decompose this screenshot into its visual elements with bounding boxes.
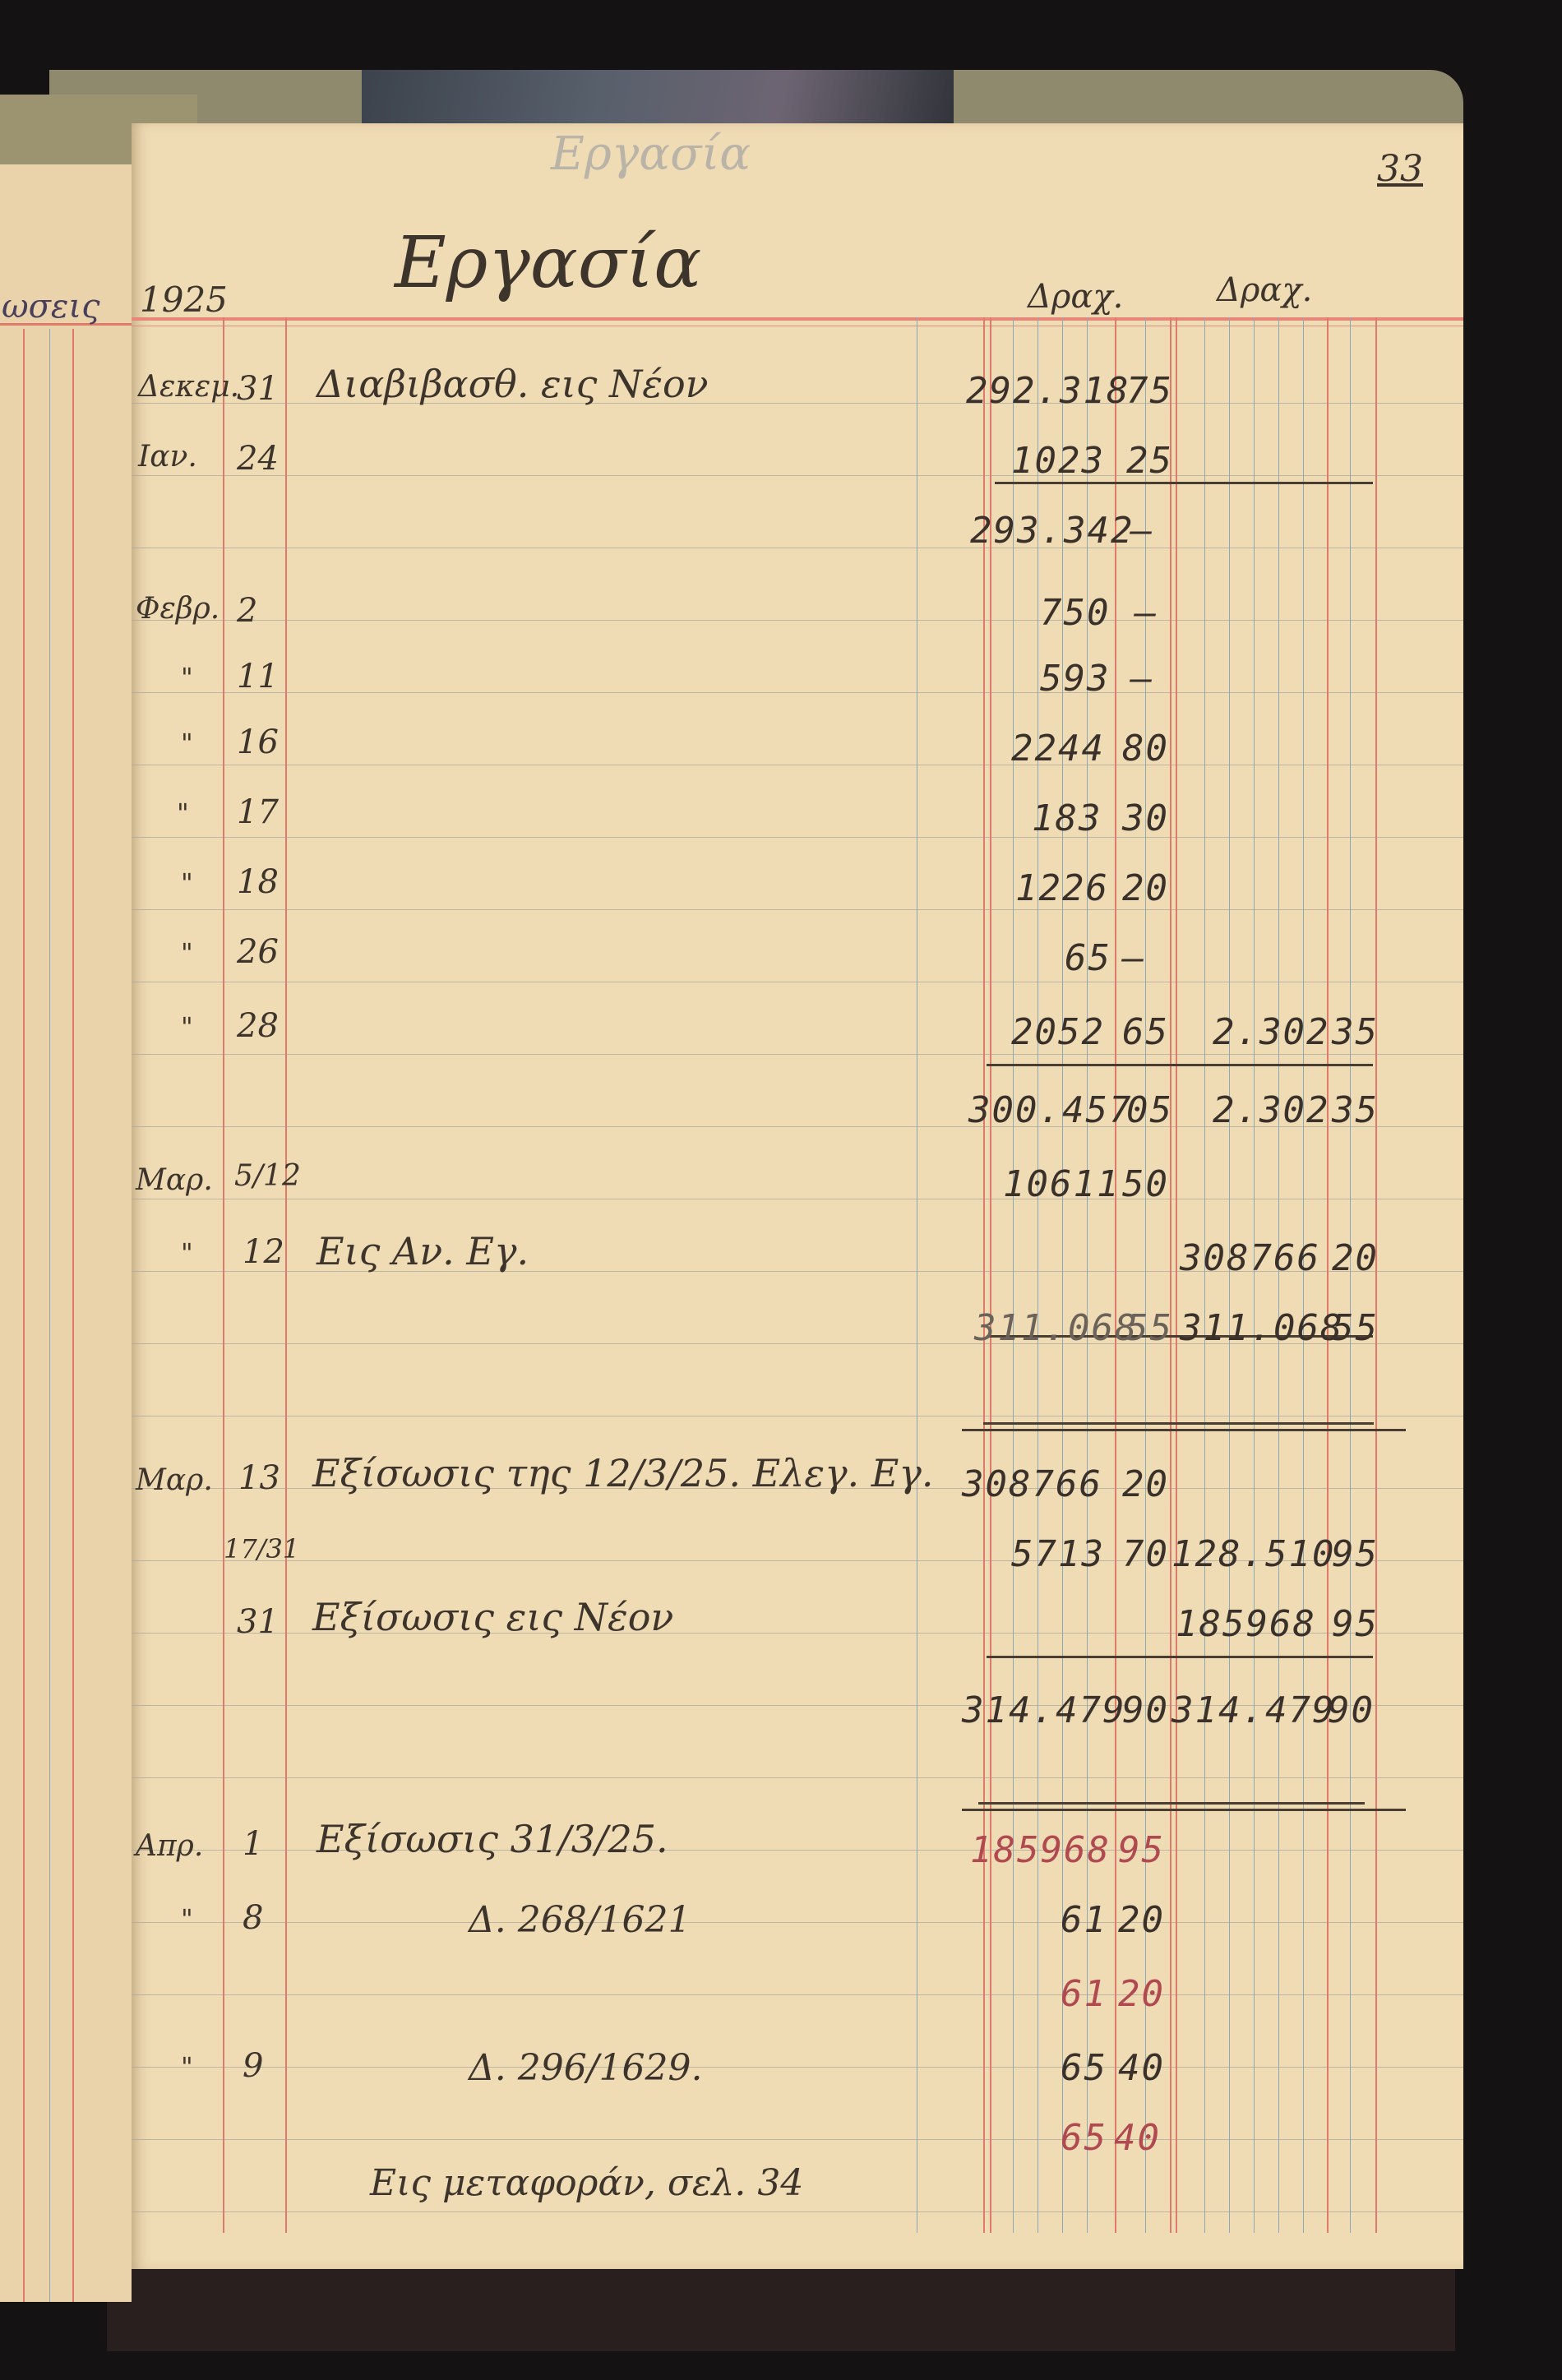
entry-description: Διαβιβασθ. εις Νέον xyxy=(317,362,709,406)
credit-cents: 90 xyxy=(1328,1689,1375,1731)
ruling-line xyxy=(132,548,1463,548)
entry-day: 17/31 xyxy=(224,1533,299,1564)
year-label: 1925 xyxy=(140,280,228,320)
pencil-heading: Εργασία xyxy=(551,127,751,181)
entry-description: Δ. 268/1621 xyxy=(469,1899,691,1941)
ruling-line xyxy=(132,1054,1463,1055)
credit-cents: 35 xyxy=(1332,1011,1379,1053)
debit-amount: 2244 xyxy=(1011,728,1105,769)
entry-day: 17 xyxy=(237,793,279,831)
debit-amount: 300.457 xyxy=(968,1089,1132,1131)
credit-amount: 185968 xyxy=(1176,1603,1316,1645)
debit-amount: 1226 xyxy=(1015,867,1109,909)
ruling-line xyxy=(132,475,1463,476)
debit-cents: 20 xyxy=(1118,1899,1165,1941)
debit-amount: 65 xyxy=(1065,937,1111,979)
debit-cents: 40 xyxy=(1114,2117,1161,2159)
entry-day: 1 xyxy=(243,1825,263,1863)
credit-cents: 20 xyxy=(1332,1237,1379,1279)
book-cover-bottom xyxy=(107,2269,1455,2351)
entry-day: 31 xyxy=(237,370,279,408)
entry-day: 31 xyxy=(237,1603,279,1641)
debit-amount: 292.318 xyxy=(966,370,1130,412)
credit-amount: 311.068 xyxy=(1180,1307,1343,1349)
entry-month: " xyxy=(181,662,193,693)
entry-day: 5/12 xyxy=(234,1159,301,1193)
ruling-line xyxy=(132,2211,1463,2212)
ruling-line xyxy=(132,1199,1463,1199)
debit-amount: 183 xyxy=(1032,797,1102,839)
debit-cents: 90 xyxy=(1122,1689,1169,1731)
ruling-line xyxy=(132,1922,1463,1923)
ruling-line xyxy=(132,692,1463,693)
credit-cents: 55 xyxy=(1332,1307,1379,1349)
entry-day: 8 xyxy=(243,1899,263,1937)
ruling-line xyxy=(132,1994,1463,1995)
entry-description: Εξίσωσις της 12/3/25. Ελεγ. Εγ. xyxy=(312,1451,934,1495)
ruling-line xyxy=(132,2067,1463,2068)
entry-month: " xyxy=(177,797,189,829)
debit-amount: 2052 xyxy=(1011,1011,1105,1053)
entry-month: " xyxy=(181,2051,193,2082)
ruling-line xyxy=(132,1416,1463,1416)
entry-description: Εξίσωσις 31/3/25. xyxy=(317,1817,668,1861)
debit-amount: 293.342 xyxy=(970,510,1134,552)
entry-day: 26 xyxy=(237,933,279,971)
debit-amount: 61 xyxy=(1061,1899,1107,1941)
debit-cents: 20 xyxy=(1122,867,1169,909)
entry-day: 12 xyxy=(243,1233,284,1271)
entry-month: " xyxy=(181,1011,193,1042)
debit-amount: 593 xyxy=(1040,658,1110,700)
debit-cents: — xyxy=(1130,658,1154,700)
credit-amount: 128.510 xyxy=(1171,1533,1335,1575)
entry-day: 18 xyxy=(237,863,279,901)
entry-month: " xyxy=(181,867,193,899)
entry-month: Μαρ. xyxy=(136,1463,213,1497)
entry-day: 16 xyxy=(237,723,279,761)
entry-description: Δ. 296/1629. xyxy=(469,2047,703,2089)
entry-month: " xyxy=(181,728,193,759)
entry-day: 28 xyxy=(237,1007,279,1045)
debit-cents: 70 xyxy=(1122,1533,1169,1575)
entry-month: Δεκεμ. xyxy=(138,370,239,404)
left-page-strip: ωσεις xyxy=(0,164,132,2302)
debit-amount: 65 xyxy=(1061,2117,1107,2159)
debit-cents: 75 xyxy=(1126,370,1173,412)
entry-month: Μαρ. xyxy=(136,1163,213,1197)
credit-amount: 2.302 xyxy=(1213,1089,1329,1131)
debit-cents: 25 xyxy=(1126,440,1173,482)
credit-cents: 35 xyxy=(1332,1089,1379,1131)
debit-cents: — xyxy=(1135,592,1158,634)
debit-cents: 05 xyxy=(1126,1089,1173,1131)
debit-cents: 20 xyxy=(1118,1973,1165,2015)
debit-amount: 750 xyxy=(1040,592,1110,634)
ruling-line xyxy=(132,909,1463,910)
credit-cents: 95 xyxy=(1332,1603,1379,1645)
entry-description: Εις Αν. Εγ. xyxy=(317,1229,529,1273)
debit-cents: 65 xyxy=(1122,1011,1169,1053)
debit-amount: 185968 xyxy=(970,1829,1111,1871)
credit-amount: 2.302 xyxy=(1213,1011,1329,1053)
ruling-line xyxy=(132,1777,1463,1778)
left-page-heading: ωσεις xyxy=(2,288,99,326)
credit-cents: 95 xyxy=(1332,1533,1379,1575)
ruling-line xyxy=(132,2139,1463,2140)
debit-cents: 50 xyxy=(1122,1163,1169,1205)
debit-cents: — xyxy=(1122,937,1146,979)
carry-forward-note: Εις μεταφοράν, σελ. 34 xyxy=(370,2162,803,2204)
page-number: 33 xyxy=(1377,148,1423,190)
debit-amount: 308766 xyxy=(962,1463,1102,1505)
debit-cents: 30 xyxy=(1122,797,1169,839)
debit-amount: 61 xyxy=(1061,1973,1107,2015)
entry-month: Φεβρ. xyxy=(136,592,220,626)
debit-amount: 65 xyxy=(1061,2047,1107,2089)
entry-day: 11 xyxy=(237,658,279,696)
entry-month: " xyxy=(181,1903,193,1934)
entry-description: Εξίσωσις εις Νέον xyxy=(312,1595,673,1639)
entry-month: Απρ. xyxy=(136,1829,203,1863)
debit-column-header: Δραχ. xyxy=(1028,278,1123,316)
ruling-line xyxy=(132,837,1463,838)
debit-cents: 80 xyxy=(1122,728,1169,769)
credit-column-header: Δραχ. xyxy=(1217,271,1312,309)
entry-month: " xyxy=(181,937,193,968)
entry-day: 24 xyxy=(237,440,279,478)
entry-day: 2 xyxy=(237,592,257,630)
ruling-line xyxy=(132,982,1463,982)
debit-cents: — xyxy=(1130,510,1154,552)
entry-day: 13 xyxy=(238,1459,280,1497)
entry-day: 9 xyxy=(243,2047,263,2085)
ledger-page: 33 Εργασία Εργασία 1925 Δραχ. Δραχ. Δεκε… xyxy=(132,123,1463,2269)
entry-month: Ιαν. xyxy=(138,440,197,474)
entry-month: " xyxy=(181,1237,193,1269)
debit-amount: 1023 xyxy=(1011,440,1105,482)
debit-amount: 10611 xyxy=(1003,1163,1120,1205)
ruling-line xyxy=(132,765,1463,765)
debit-amount: 311.068 xyxy=(974,1307,1138,1349)
credit-amount: 308766 xyxy=(1180,1237,1320,1279)
credit-amount: 314.479 xyxy=(1171,1689,1335,1731)
debit-cents: 95 xyxy=(1118,1829,1165,1871)
debit-cents: 20 xyxy=(1122,1463,1169,1505)
page-title: Εργασία xyxy=(395,222,701,304)
debit-amount: 314.479 xyxy=(962,1689,1125,1731)
debit-cents: 55 xyxy=(1126,1307,1173,1349)
ruling-line xyxy=(132,620,1463,621)
debit-amount: 5713 xyxy=(1011,1533,1105,1575)
debit-cents: 40 xyxy=(1118,2047,1165,2089)
